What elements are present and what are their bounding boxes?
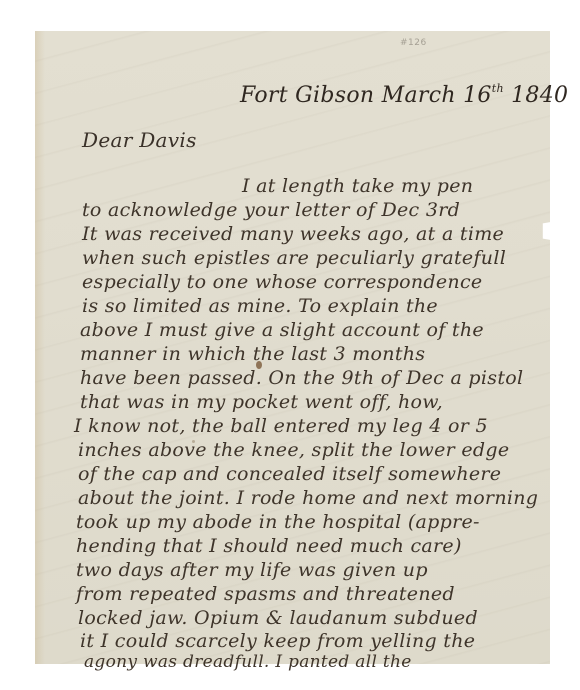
letter-line: inches above the knee, split the lower e… [78, 439, 509, 461]
letter-line: I know not, the ball entered my leg 4 or… [74, 415, 488, 437]
paper-spot [192, 440, 195, 443]
dateline-day: 16 [463, 83, 492, 108]
letter-line: when such epistles are peculiarly gratef… [82, 247, 506, 269]
letter-line: from repeated spasms and threatened [76, 583, 455, 605]
letter-line: locked jaw. Opium & laudanum subdued [78, 607, 478, 629]
letter-line: especially to one whose correspondence [82, 271, 482, 293]
letter-line: two days after my life was given up [76, 559, 428, 581]
letter-line: manner in which the last 3 months [80, 343, 425, 365]
greeting: Dear Davis [82, 128, 197, 152]
dateline-month: March [382, 83, 456, 108]
letter-line: It was received many weeks ago, at a tim… [82, 223, 504, 245]
ink-blot [256, 361, 262, 369]
letter-line: of the cap and concealed itself somewher… [78, 463, 501, 485]
letter-line: that was in my pocket went off, how, [80, 391, 443, 413]
dateline-place: Fort Gibson [240, 83, 374, 108]
letter-line: I at length take my pen [242, 175, 473, 197]
letter-line: to acknowledge your letter of Dec 3rd [82, 199, 460, 221]
letter-line: is so limited as mine. To explain the [82, 295, 438, 317]
letter-line: have been passed. On the 9th of Dec a pi… [80, 367, 523, 389]
letter-line: agony was dreadfull. I panted all the [84, 652, 412, 672]
dateline: Fort Gibson March 16th 1840 [240, 82, 568, 108]
letter-line: hending that I should need much care) [76, 535, 462, 557]
dateline-year: 1840 [511, 83, 568, 108]
letter-line: about the joint. I rode home and next mo… [78, 487, 538, 509]
letter-line: above I must give a slight account of th… [80, 319, 484, 341]
archive-mark: #126 [400, 38, 427, 48]
letter-line: it I could scarcely keep from yelling th… [80, 630, 475, 652]
dateline-day-suffix: th [492, 82, 504, 95]
letter-line: took up my abode in the hospital (appre- [76, 511, 480, 533]
